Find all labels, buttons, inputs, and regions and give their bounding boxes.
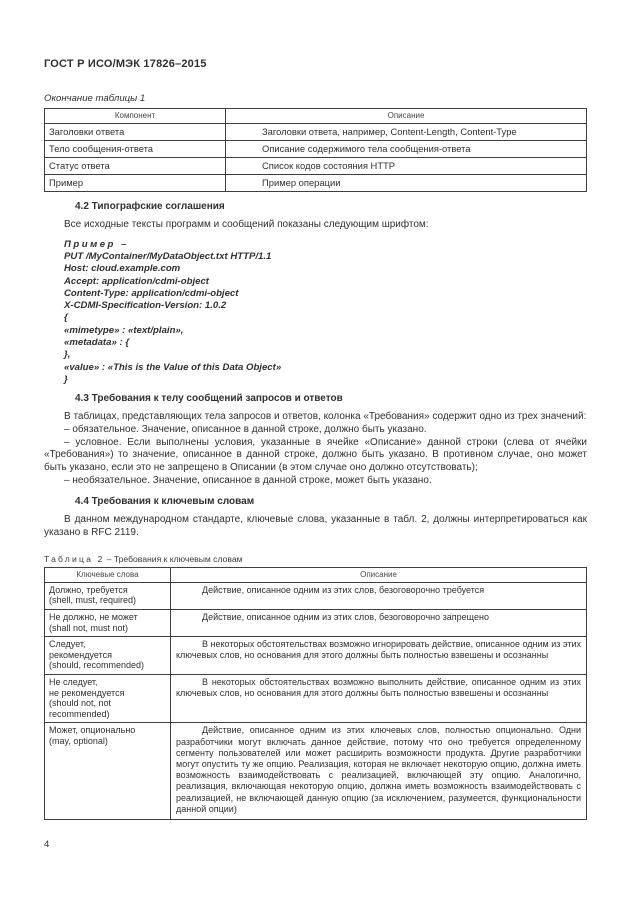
section-4-4-heading: 4.4 Требования к ключевым словам	[75, 496, 587, 507]
section-4-3-heading: 4.3 Требования к телу сообщений запросов…	[75, 393, 587, 404]
table2-keyword-cell: Следует, рекомендуется (should, recommen…	[45, 637, 171, 675]
table2: Ключевые слова Описание Должно, требуетс…	[44, 567, 587, 820]
section-4-3-intro: В таблицах, представляющих тела запросов…	[44, 411, 587, 424]
page-content: ГОСТ Р ИСО/МЭК 17826–2015 Окончание табл…	[0, 0, 630, 820]
table1-cell: Заголовки ответа	[45, 124, 226, 141]
table2-caption-label: Таблица 2	[44, 554, 105, 564]
table1-cell: Заголовки ответа, например, Content-Leng…	[226, 124, 587, 141]
document-page: ГОСТ Р ИСО/МЭК 17826–2015 Окончание табл…	[0, 0, 630, 913]
table2-keyword-cell: Должно, требуется (shell, must, required…	[45, 582, 171, 609]
table1-row: Пример Пример операции	[45, 175, 587, 192]
table2-caption-text: – Требования к ключевым словам	[107, 554, 243, 564]
code-line: {	[64, 312, 587, 324]
table1-row: Статус ответа Список кодов состояния HTT…	[45, 158, 587, 175]
code-example: Пример – PUT /MyContainer/MyDataObject.t…	[64, 239, 587, 387]
table2-header-keywords: Ключевые слова	[45, 567, 171, 582]
section-4-2-intro: Все исходные тексты программ и сообщений…	[44, 219, 587, 232]
table2-description-cell: Действие, описанное одним из этих слов, …	[171, 582, 587, 609]
table1: Компонент Описание Заголовки ответа Заго…	[44, 108, 587, 192]
table2-description-cell: Действие, описанное одним из этих ключев…	[171, 723, 587, 820]
table2-row: Может, опционально (may, optional) Дейст…	[45, 723, 587, 820]
code-line: PUT /MyContainer/MyDataObject.txt HTTP/1…	[64, 251, 587, 263]
table1-row: Тело сообщения-ответа Описание содержимо…	[45, 141, 587, 158]
code-line: «value» : «This is the Value of this Dat…	[64, 362, 587, 374]
code-line: «mimetype» : «text/plain»,	[64, 325, 587, 337]
code-line: }	[64, 374, 587, 386]
table2-keyword-cell: Не следует, не рекомендуется (should not…	[45, 675, 171, 723]
code-line: Host: cloud.example.com	[64, 263, 587, 275]
section-4-3-item: – необязательное. Значение, описанное в …	[44, 475, 587, 488]
table2-caption: Таблица 2– Требования к ключевым словам	[44, 554, 587, 564]
table1-cell: Тело сообщения-ответа	[45, 141, 226, 158]
table1-header-row: Компонент Описание	[45, 109, 587, 124]
table2-description-cell: В некоторых обстоятельствах возможно игн…	[171, 637, 587, 675]
table1-caption: Окончание таблицы 1	[44, 93, 587, 104]
table1-header-description: Описание	[226, 109, 587, 124]
table2-row: Следует, рекомендуется (should, recommen…	[45, 637, 587, 675]
table1-cell: Список кодов состояния HTTP	[226, 158, 587, 175]
doc-header: ГОСТ Р ИСО/МЭК 17826–2015	[44, 58, 587, 70]
code-line: },	[64, 349, 587, 361]
table1-cell: Описание содержимого тела сообщения-отве…	[226, 141, 587, 158]
code-line: «metadata» : {	[64, 337, 587, 349]
section-4-2-heading: 4.2 Типографские соглашения	[75, 201, 587, 212]
table2-description-cell: В некоторых обстоятельствах возможно вып…	[171, 675, 587, 723]
example-label: Пример –	[64, 239, 587, 251]
table2-description-cell: Действие, описанное одним из этих слов, …	[171, 610, 587, 637]
table2-row: Должно, требуется (shell, must, required…	[45, 582, 587, 609]
page-number: 4	[44, 839, 49, 850]
table2-header-row: Ключевые слова Описание	[45, 567, 587, 582]
table2-row: Не должно, не может (shall not, must not…	[45, 610, 587, 637]
table1-cell: Пример	[45, 175, 226, 192]
code-line: Content-Type: application/cdmi-object	[64, 288, 587, 300]
section-4-3-item: – условное. Если выполнены условия, указ…	[44, 437, 587, 475]
table1-cell: Пример операции	[226, 175, 587, 192]
table2-keyword-cell: Может, опционально (may, optional)	[45, 723, 171, 820]
section-4-4-intro: В данном международном стандарте, ключев…	[44, 514, 587, 539]
table1-cell: Статус ответа	[45, 158, 226, 175]
table2-row: Не следует, не рекомендуется (should not…	[45, 675, 587, 723]
section-4-3-item: – обязательное. Значение, описанное в да…	[44, 424, 587, 437]
code-line: X-CDMI-Specification-Version: 1.0.2	[64, 300, 587, 312]
table1-header-component: Компонент	[45, 109, 226, 124]
table2-header-description: Описание	[171, 567, 587, 582]
table2-keyword-cell: Не должно, не может (shall not, must not…	[45, 610, 171, 637]
table1-row: Заголовки ответа Заголовки ответа, напри…	[45, 124, 587, 141]
code-line: Accept: application/cdmi-object	[64, 276, 587, 288]
